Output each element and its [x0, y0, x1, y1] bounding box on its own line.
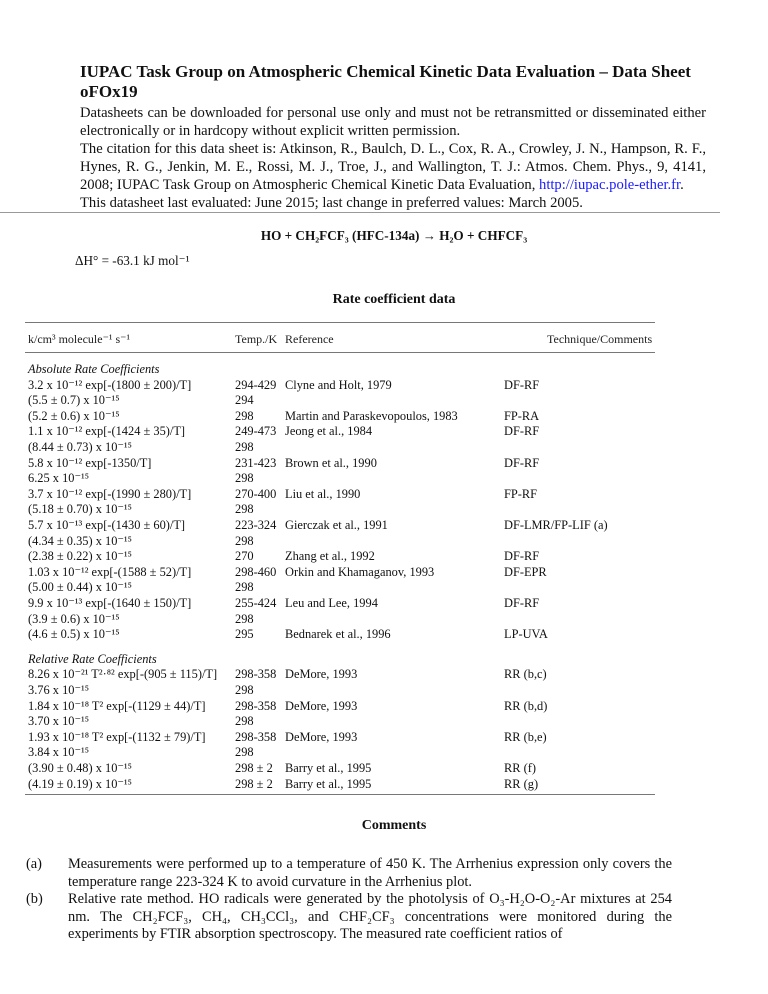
temperature-cell: 270 [235, 549, 254, 565]
comment-label: (a) [26, 856, 42, 874]
reference-cell: Leu and Lee, 1994 [285, 596, 378, 612]
reference-cell: Barry et al., 1995 [285, 777, 371, 793]
reference-cell: DeMore, 1993 [285, 667, 357, 683]
temperature-cell: 295 [235, 627, 254, 643]
column-header-k: k/cm³ molecule⁻¹ s⁻¹ [28, 332, 130, 347]
table-row: 1.03 x 10⁻¹² exp[-(1588 ± 52)/T]298-460O… [25, 565, 655, 581]
temperature-cell: 298-460 [235, 565, 276, 581]
comment-item: (a)Measurements were performed up to a t… [42, 856, 672, 891]
reference-cell: Jeong et al., 1984 [285, 424, 372, 440]
technique-cell: RR (g) [504, 777, 538, 793]
technique-cell: FP-RF [504, 487, 537, 503]
rate-coefficient-cell: 3.76 x 10⁻¹⁵ [28, 683, 89, 699]
temperature-cell: 223-324 [235, 518, 276, 534]
rate-coefficient-cell: 9.9 x 10⁻¹³ exp[-(1640 ± 150)/T] [28, 596, 191, 612]
citation: The citation for this data sheet is: Atk… [80, 140, 706, 194]
rate-coefficient-cell: (4.34 ± 0.35) x 10⁻¹⁵ [28, 534, 132, 550]
table-group-label: Absolute Rate Coefficients [25, 362, 655, 378]
rate-coefficient-cell: (5.2 ± 0.6) x 10⁻¹⁵ [28, 409, 120, 425]
technique-cell: RR (b,d) [504, 699, 547, 715]
evaluation-dates: This datasheet last evaluated: June 2015… [80, 194, 706, 212]
technique-cell: DF-RF [504, 424, 539, 440]
table-row: 3.2 x 10⁻¹² exp[-(1800 ± 200)/T]294-429C… [25, 378, 655, 394]
rate-coefficient-cell: (5.18 ± 0.70) x 10⁻¹⁵ [28, 502, 132, 518]
reference-cell: DeMore, 1993 [285, 699, 357, 715]
technique-cell: DF-RF [504, 549, 539, 565]
table-row: (5.18 ± 0.70) x 10⁻¹⁵298 [25, 502, 655, 518]
temperature-cell: 298 ± 2 [235, 761, 273, 777]
table-top-rule [25, 322, 655, 323]
table-row: 5.8 x 10⁻¹² exp[-1350/T]231-423Brown et … [25, 456, 655, 472]
header-divider [0, 212, 720, 213]
table-row: 6.25 x 10⁻¹⁵298 [25, 471, 655, 487]
temperature-cell: 298-358 [235, 730, 276, 746]
temperature-cell: 294-429 [235, 378, 276, 394]
technique-cell: LP-UVA [504, 627, 548, 643]
rate-coefficient-cell: (5.00 ± 0.44) x 10⁻¹⁵ [28, 580, 132, 596]
reference-cell: Zhang et al., 1992 [285, 549, 375, 565]
table-row: 1.84 x 10⁻¹⁸ T² exp[-(1129 ± 44)/T]298-3… [25, 699, 655, 715]
rate-coefficient-cell: 8.26 x 10⁻²¹ T²·⁸² exp[-(905 ± 115)/T] [28, 667, 217, 683]
iupac-link[interactable]: http://iupac.pole-ether.fr [539, 177, 680, 193]
rate-coefficient-cell: (2.38 ± 0.22) x 10⁻¹⁵ [28, 549, 132, 565]
rate-data-heading: Rate coefficient data [80, 292, 708, 308]
temperature-cell: 298 [235, 440, 254, 456]
temperature-cell: 298 [235, 580, 254, 596]
temperature-cell: 294 [235, 393, 254, 409]
rate-coefficient-cell: 3.7 x 10⁻¹² exp[-(1990 ± 280)/T] [28, 487, 191, 503]
technique-cell: FP-RA [504, 409, 539, 425]
table-row: 5.7 x 10⁻¹³ exp[-(1430 ± 60)/T]223-324Gi… [25, 518, 655, 534]
comment-text: Measurements were performed up to a temp… [68, 856, 672, 890]
temperature-cell: 298 [235, 714, 254, 730]
table-row: (5.2 ± 0.6) x 10⁻¹⁵298Martin and Paraske… [25, 409, 655, 425]
temperature-cell: 249-473 [235, 424, 276, 440]
temperature-cell: 298 [235, 502, 254, 518]
temperature-cell: 298-358 [235, 667, 276, 683]
rate-coefficient-cell: 1.84 x 10⁻¹⁸ T² exp[-(1129 ± 44)/T] [28, 699, 206, 715]
table-row: (5.5 ± 0.7) x 10⁻¹⁵294 [25, 393, 655, 409]
column-header-technique: Technique/Comments [547, 332, 652, 347]
technique-cell: DF-RF [504, 378, 539, 394]
technique-cell: DF-LMR/FP-LIF (a) [504, 518, 608, 534]
page-title: IUPAC Task Group on Atmospheric Chemical… [80, 62, 708, 102]
table-header-rule [25, 352, 655, 353]
reference-cell: Barry et al., 1995 [285, 761, 371, 777]
reference-cell: Clyne and Holt, 1979 [285, 378, 392, 394]
technique-cell: DF-RF [504, 596, 539, 612]
rate-coefficient-cell: (8.44 ± 0.73) x 10⁻¹⁵ [28, 440, 132, 456]
table-row: 3.76 x 10⁻¹⁵298 [25, 683, 655, 699]
rate-coefficient-cell: 3.70 x 10⁻¹⁵ [28, 714, 89, 730]
rate-coefficient-cell: 1.03 x 10⁻¹² exp[-(1588 ± 52)/T] [28, 565, 191, 581]
table-row: (8.44 ± 0.73) x 10⁻¹⁵298 [25, 440, 655, 456]
table-row: 1.1 x 10⁻¹² exp[-(1424 ± 35)/T]249-473Je… [25, 424, 655, 440]
rate-coefficient-cell: 1.1 x 10⁻¹² exp[-(1424 ± 35)/T] [28, 424, 185, 440]
reference-cell: Brown et al., 1990 [285, 456, 377, 472]
rate-coefficient-cell: 5.7 x 10⁻¹³ exp[-(1430 ± 60)/T] [28, 518, 185, 534]
temperature-cell: 298 [235, 409, 254, 425]
table-row: (4.6 ± 0.5) x 10⁻¹⁵295Bednarek et al., 1… [25, 627, 655, 643]
reaction-enthalpy: ΔH° = -63.1 kJ mol⁻¹ [75, 253, 190, 269]
table-row: 3.7 x 10⁻¹² exp[-(1990 ± 280)/T]270-400L… [25, 487, 655, 503]
table-row: 8.26 x 10⁻²¹ T²·⁸² exp[-(905 ± 115)/T]29… [25, 667, 655, 683]
table-row: (4.19 ± 0.19) x 10⁻¹⁵298 ± 2Barry et al.… [25, 777, 655, 793]
technique-cell: DF-EPR [504, 565, 547, 581]
comment-item: (b)Relative rate method. HO radicals wer… [42, 891, 672, 944]
table-row: (3.9 ± 0.6) x 10⁻¹⁵298 [25, 612, 655, 628]
comments-list: (a)Measurements were performed up to a t… [42, 856, 672, 944]
rate-coefficient-cell: (4.6 ± 0.5) x 10⁻¹⁵ [28, 627, 120, 643]
table-row: (2.38 ± 0.22) x 10⁻¹⁵270Zhang et al., 19… [25, 549, 655, 565]
temperature-cell: 298 [235, 612, 254, 628]
rate-coefficient-cell: 5.8 x 10⁻¹² exp[-1350/T] [28, 456, 151, 472]
table-row: 1.93 x 10⁻¹⁸ T² exp[-(1132 ± 79)/T]298-3… [25, 730, 655, 746]
table-row: 9.9 x 10⁻¹³ exp[-(1640 ± 150)/T]255-424L… [25, 596, 655, 612]
rate-coefficient-cell: (4.19 ± 0.19) x 10⁻¹⁵ [28, 777, 132, 793]
comment-label: (b) [26, 891, 43, 909]
table-group-label: Relative Rate Coefficients [25, 652, 655, 668]
rate-coefficient-cell: 3.84 x 10⁻¹⁵ [28, 745, 89, 761]
usage-notice: Datasheets can be downloaded for persona… [80, 104, 706, 140]
rate-coefficient-cell: (5.5 ± 0.7) x 10⁻¹⁵ [28, 393, 120, 409]
reference-cell: Gierczak et al., 1991 [285, 518, 388, 534]
temperature-cell: 298 [235, 534, 254, 550]
reference-cell: Orkin and Khamaganov, 1993 [285, 565, 434, 581]
technique-cell: RR (f) [504, 761, 536, 777]
temperature-cell: 231-423 [235, 456, 276, 472]
rate-coefficient-cell: 3.2 x 10⁻¹² exp[-(1800 ± 200)/T] [28, 378, 191, 394]
temperature-cell: 298 [235, 745, 254, 761]
comment-text: Relative rate method. HO radicals were g… [68, 891, 672, 942]
temperature-cell: 298 ± 2 [235, 777, 273, 793]
reference-cell: Martin and Paraskevopoulos, 1983 [285, 409, 458, 425]
intro-block: Datasheets can be downloaded for persona… [80, 104, 706, 213]
table-row: 3.84 x 10⁻¹⁵298 [25, 745, 655, 761]
technique-cell: RR (b,e) [504, 730, 547, 746]
column-header-temp: Temp./K [235, 332, 277, 347]
temperature-cell: 270-400 [235, 487, 276, 503]
comments-heading: Comments [80, 818, 708, 834]
table-row: (3.90 ± 0.48) x 10⁻¹⁵298 ± 2Barry et al.… [25, 761, 655, 777]
table-row: 3.70 x 10⁻¹⁵298 [25, 714, 655, 730]
temperature-cell: 298 [235, 471, 254, 487]
technique-cell: RR (b,c) [504, 667, 547, 683]
reference-cell: Liu et al., 1990 [285, 487, 360, 503]
reference-cell: DeMore, 1993 [285, 730, 357, 746]
temperature-cell: 255-424 [235, 596, 276, 612]
reaction-equation: HO + CH₂FCF₃ (HFC-134a) → H₂O + CHFCF₃ [80, 228, 708, 244]
rate-coefficient-cell: 1.93 x 10⁻¹⁸ T² exp[-(1132 ± 79)/T] [28, 730, 206, 746]
rate-coefficient-cell: (3.90 ± 0.48) x 10⁻¹⁵ [28, 761, 132, 777]
rate-coefficient-cell: (3.9 ± 0.6) x 10⁻¹⁵ [28, 612, 120, 628]
table-row: (4.34 ± 0.35) x 10⁻¹⁵298 [25, 534, 655, 550]
reference-cell: Bednarek et al., 1996 [285, 627, 391, 643]
rate-coefficient-cell: 6.25 x 10⁻¹⁵ [28, 471, 89, 487]
column-header-reference: Reference [285, 332, 334, 347]
table-bottom-rule [25, 794, 655, 795]
table-row: (5.00 ± 0.44) x 10⁻¹⁵298 [25, 580, 655, 596]
temperature-cell: 298 [235, 683, 254, 699]
technique-cell: DF-RF [504, 456, 539, 472]
temperature-cell: 298-358 [235, 699, 276, 715]
